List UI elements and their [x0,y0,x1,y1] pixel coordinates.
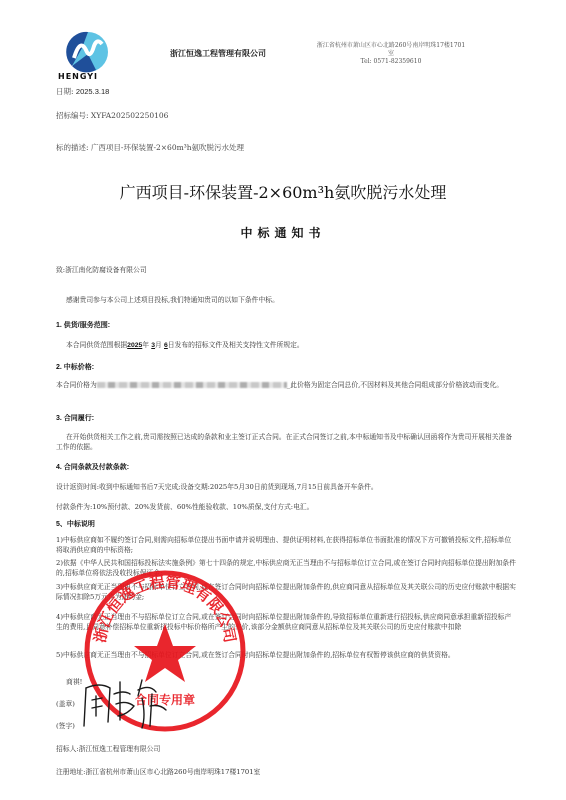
registered-address-value: 浙江省杭州市萧山区市心北路260号南岸明珠17楼1701室 [85,768,260,776]
recipient: 致:浙江南化防腐设备有限公司 [56,265,516,275]
s1-year-suffix: 年 [142,341,149,349]
registered-address-label: 注册地址: [56,768,85,776]
s2-after: _此价格为固定合同总价,不因材料及其他合同组成部分价格波动而变化。 [287,381,503,389]
subject-value: 广西项目-环保装置-2×60m³h氨吹脱污水处理 [91,143,244,152]
section-1-text: 本合同供货范围根据2025年 3月 6日发布的招标文件及相关支持性文件所规定。 [56,340,516,351]
date-line: 日期: 2025.3.18 [56,86,109,97]
bid-number-label: 招标编号: [56,111,89,120]
section-3-heading: 3. 合同履行: [56,413,94,423]
logo-text: HENGYI [58,72,98,81]
registered-address-line: 注册地址:浙江省杭州市萧山区市心北路260号南岸明珠17楼1701室 [56,767,516,777]
subject-label: 标的描述: [56,143,89,152]
section-2-heading: 2. 中标价格: [56,362,94,372]
letterhead-address: 浙江省杭州市萧山区市心北路260号南岸明珠17楼1701 室 Tel: 0571… [316,42,466,66]
s1-month-suffix: 月 [155,341,162,349]
subject-line: 标的描述: 广西项目-环保装置-2×60m³h氨吹脱污水处理 [56,142,244,153]
s1-year: 2025 [127,342,142,349]
bid-number-value: XYFA202502250106 [91,111,169,120]
date-value: 2025.3.18 [76,87,109,96]
section-5-item-1: 1)中标供应商如不履约签订合同,则需向招标单位提出书面申请并说明理由、提供证明材… [56,535,516,555]
document-title: 广西项目-环保装置-2×60m³h氨吹脱污水处理 [0,180,566,203]
bid-number-line: 招标编号: XYFA202502250106 [56,110,168,121]
section-2-text: 本合同价格为_此价格为固定合同总价,不因材料及其他合同组成部分价格波动而变化。 [56,380,516,390]
section-4-heading: 4. 合同条款及付款条款: [56,462,129,472]
date-label: 日期: [56,87,74,96]
s2-before: 本合同价格为 [56,381,97,389]
section-5-heading: 5、中标说明 [56,519,95,529]
document-subtitle: 中标通知书 [0,224,566,241]
section-4-line-2: 付款条件为:10%预付款、20%发货前、60%性能验收款、10%质保,支付方式:… [56,502,516,512]
letterhead-company: 浙江恒逸工程管理有限公司 [170,48,266,59]
address-line-2: 室 [316,50,466,58]
address-line-1: 浙江省杭州市萧山区市心北路260号南岸明珠17楼1701 [316,42,466,50]
tenderer-value: 浙江恒逸工程管理有限公司 [79,745,161,753]
section-4-line-1: 设计返资时间:收到中标通知书后7天完成;设备交期:2025年5月30日前货到现场… [56,482,516,492]
s1-after: 日发布的招标文件及相关支持性文件所规定。 [168,341,304,349]
s1-before: 本合同供货范围根据 [66,341,127,349]
section-3-text: 在开始供货相关工作之前,贵司需按照已达成的条款和业主签订正式合同。在正式合同签订… [56,432,516,452]
tenderer-label: 招标人: [56,745,79,753]
section-1-heading: 1. 供货/服务范围: [56,320,110,330]
tenderer-line: 招标人:浙江恒逸工程管理有限公司 [56,744,516,754]
redacted-price [97,382,287,388]
handwritten-signature-icon [80,676,190,736]
address-tel: Tel: 0571-82359610 [316,58,466,66]
intro-paragraph: 感谢贵司参与本公司上述项目投标,我们特通知贵司的以如下条件中标。 [56,295,516,305]
